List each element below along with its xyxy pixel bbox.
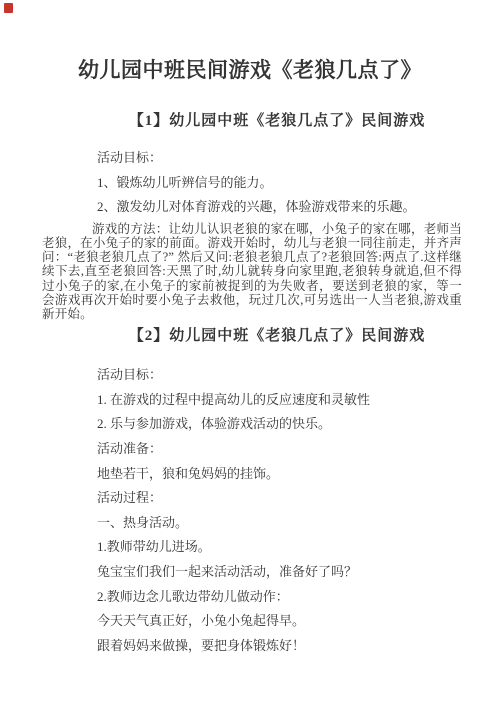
prep-item: 地垫若干，狼和兔妈妈的挂饰。 — [97, 462, 500, 487]
process-step: 2.教师边念儿歌边带幼儿做动作： — [97, 585, 500, 610]
section-1-heading: 【1】幼儿园中班《老狼几点了》民间游戏 — [54, 110, 500, 132]
process-step: 一、热身活动。 — [97, 511, 500, 536]
rhyme-line: 今天天气真正好，小兔小兔起得早。 — [97, 609, 500, 634]
section-2-body: 活动目标： 1. 在游戏的过程中提高幼儿的反应速度和灵敏性 2. 乐与参加游戏，… — [97, 363, 500, 658]
goal-item: 2. 乐与参加游戏，体验游戏活动的快乐。 — [97, 412, 500, 437]
process-step: 1.教师带幼儿进场。 — [97, 535, 500, 560]
section-2-heading: 【2】幼儿园中班《老狼几点了》民间游戏 — [54, 325, 500, 347]
goal-item: 1. 在游戏的过程中提高幼儿的反应速度和灵敏性 — [97, 388, 500, 413]
process-label: 活动过程： — [97, 486, 500, 511]
red-corner-mark-icon — [4, 3, 13, 13]
goals-label: 活动目标： — [97, 363, 500, 388]
section-1-goals: 活动目标： 1、锻炼幼儿听辨信号的能力。 2、激发幼儿对体育游戏的兴趣，体验游戏… — [97, 146, 500, 220]
method-paragraph: 游戏的方法：让幼儿认识老狼的家在哪，小兔子的家在哪，老师当老狼，在小兔子的家的前… — [42, 222, 462, 321]
goal-item: 2、激发幼儿对体育游戏的兴趣，体验游戏带来的乐趣。 — [97, 195, 500, 220]
process-step: 兔宝宝们我们一起来活动活动，准备好了吗？ — [97, 560, 500, 585]
goals-label: 活动目标： — [97, 146, 500, 171]
page-title: 幼儿园中班民间游戏《老狼几点了》 — [0, 0, 500, 86]
goal-item: 1、锻炼幼儿听辨信号的能力。 — [97, 171, 500, 196]
rhyme-line: 跟着妈妈来做操，要把身体锻炼好！ — [97, 634, 500, 659]
prep-label: 活动准备： — [97, 437, 500, 462]
document-page: 幼儿园中班民间游戏《老狼几点了》 【1】幼儿园中班《老狼几点了》民间游戏 活动目… — [0, 0, 500, 707]
